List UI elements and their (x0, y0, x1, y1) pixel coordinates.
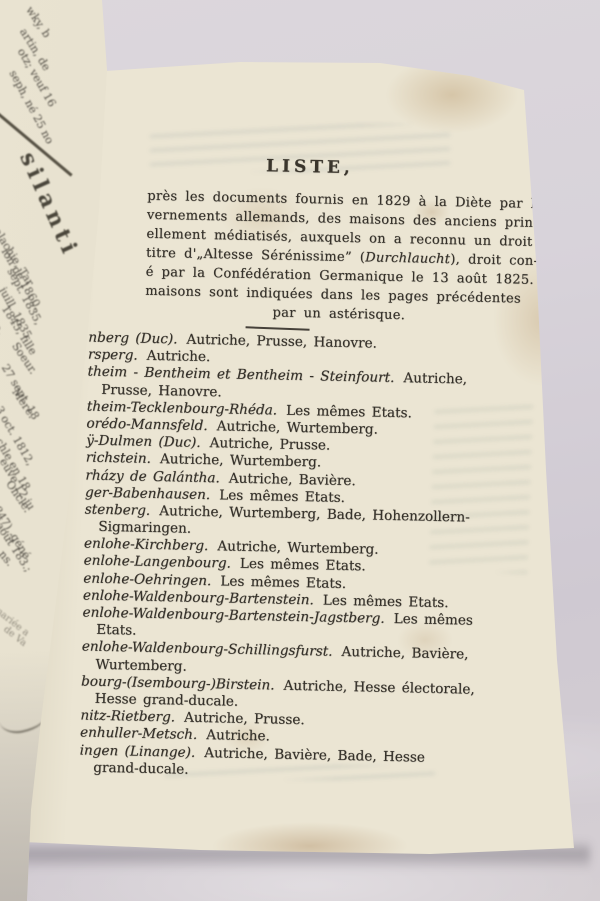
house-name: enlohe-Langenbourg. (83, 553, 231, 572)
house-name: ÿ-Dulmen (Duc). (86, 433, 201, 451)
house-name: rsperg. (88, 347, 138, 364)
house-states: Etats. (96, 622, 137, 639)
house-name: stenberg. (85, 501, 151, 518)
house-states: Autriche, Prusse. (209, 435, 330, 454)
house-name: enlohe-Oehringen. (83, 570, 211, 589)
house-states: grand-ducale. (93, 759, 189, 777)
princely-houses-list: nberg (Duc).Autriche, Prusse, Hanovre. r… (79, 330, 536, 786)
house-states: Les mêmes Etats. (240, 556, 366, 575)
house-states: Les mêmes Etats. (220, 573, 346, 592)
house-states: Autriche, Prusse, Hanovre. (186, 332, 377, 352)
house-states: Autriche, Prusse. (184, 710, 305, 729)
house-name: orédo-Mannsfeld. (86, 415, 207, 434)
page-title: LISTE, (90, 153, 530, 182)
intro-line-text: titre d'„Altesse Sérénissime” ( (146, 246, 365, 266)
house-name: rházy de Galántha. (85, 467, 220, 486)
house-name: richstein. (86, 450, 151, 467)
intro-paragraph: près les documents fournis en 1829 à la … (145, 187, 536, 328)
house-states: Autriche, Wurtemberg. (216, 418, 378, 437)
house-name: ingen (Linange). (80, 742, 196, 760)
house-states: Autriche, Bavière, Bade, Hesse (204, 745, 425, 766)
house-states: Les mêmes Etats. (286, 402, 412, 421)
book-photo: { "palette":{ "backdrop":"#d6d1d8", "pap… (0, 0, 600, 901)
section-divider (246, 326, 310, 330)
house-states: Autriche. (206, 727, 270, 744)
house-states: Hesse grand-ducale. (95, 691, 239, 710)
house-states: Autriche, Bavière. (229, 470, 356, 489)
house-states: Autriche, Hesse électorale, (283, 677, 474, 697)
house-name: nitz-Rietberg. (80, 708, 175, 726)
house-states: Autriche, Bavière, (341, 644, 468, 663)
house-name: ger-Babenhausen. (85, 484, 210, 503)
house-states: Les mêmes Etats. (219, 487, 345, 506)
house-states: Autriche. (147, 348, 211, 365)
house-states: Les mêmes Etats. (323, 592, 449, 611)
house-name: enhuller-Metsch. (80, 725, 198, 743)
left-page-heading: silanti (14, 148, 84, 262)
house-states: Autriche, Wurtemberg. (160, 451, 322, 470)
intro-line-text: ), droit con- (450, 252, 538, 269)
house-states: Prusse, Hanovre. (101, 381, 222, 400)
house-states: Wurtemberg. (95, 656, 187, 674)
house-states: Autriche, (403, 371, 467, 388)
durchlaucht-italic: Durchlaucht (365, 250, 450, 267)
house-name: enlohe-Kirchberg. (84, 536, 209, 555)
house-states: Les mêmes (393, 611, 473, 629)
house-name: nberg (Duc). (88, 330, 178, 348)
house-states: Sigmaringen. (98, 519, 191, 537)
